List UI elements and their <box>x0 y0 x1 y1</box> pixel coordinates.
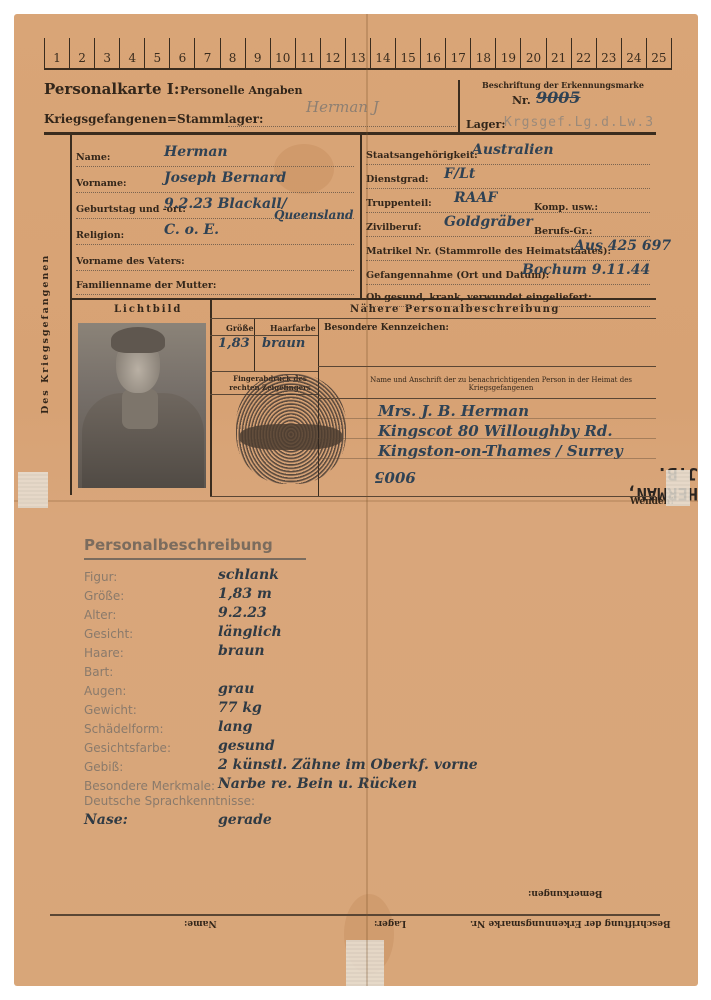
field-line <box>366 284 650 285</box>
description-value: gesund <box>218 738 275 754</box>
ruler-tick: 3 <box>94 38 119 68</box>
field-line <box>76 166 354 167</box>
ruler-tick: 6 <box>169 38 194 68</box>
description-value: länglich <box>218 624 282 640</box>
pencil-note: Herman J <box>306 98 379 116</box>
field-value-cont: Queensland <box>274 208 353 222</box>
notify-label: Name und Anschrift der zu benachrichtige… <box>366 376 636 392</box>
language-label: Deutsche Sprachkenntnisse: <box>84 794 255 808</box>
ruler-tick: 1 <box>44 38 69 68</box>
ruler-tick: 17 <box>445 38 470 68</box>
field-extra-label: Komp. usw.: <box>534 202 598 213</box>
description-value: lang <box>218 719 252 735</box>
tape-bottom <box>346 940 384 986</box>
field-value: Goldgräber <box>444 214 533 230</box>
ruler-tick: 21 <box>546 38 571 68</box>
ruler-tick: 18 <box>470 38 495 68</box>
description-label: Gesichtsfarbe: <box>84 741 171 755</box>
field-line <box>76 244 354 245</box>
field-label: Familienname der Mutter: <box>76 280 216 291</box>
nose-value: gerade <box>218 812 272 828</box>
description-label: Schädelform: <box>84 722 164 736</box>
field-value: Joseph Bernard <box>164 170 286 186</box>
field-line <box>366 306 650 307</box>
frame-left <box>70 135 72 495</box>
ruler-tick: 10 <box>270 38 295 68</box>
tag-nr-label: Nr. <box>512 94 531 107</box>
ruler-tick: 4 <box>119 38 144 68</box>
ruler-tick: 24 <box>621 38 646 68</box>
side-label: Des Kriegsgefangenen <box>40 254 51 414</box>
field-line <box>76 294 354 295</box>
field-line <box>76 192 354 193</box>
field-label: Zivilberuf: <box>366 222 421 233</box>
lager-value: Krgsgef.Lg.d.Lw.3 <box>504 115 654 130</box>
description-value: braun <box>218 643 265 659</box>
field-value: RAAF <box>454 190 497 206</box>
divider <box>210 300 212 496</box>
field-value: Bochum 9.11.44 <box>522 262 650 278</box>
field-line <box>366 188 650 189</box>
special-marks-label: Besondere Kennzeichen: <box>324 323 449 333</box>
description-label: Bart: <box>84 665 113 679</box>
field-value: Aus 425 697 <box>574 238 671 254</box>
ruler-tick: 20 <box>520 38 545 68</box>
field-label: Ob gesund, krank, verwundet eingeliefert… <box>366 292 592 303</box>
ruler-tick: 15 <box>395 38 420 68</box>
field-label: Vorname des Vaters: <box>76 256 185 267</box>
photo-header: Lichtbild <box>114 304 182 315</box>
ruler-tick: 8 <box>220 38 245 68</box>
field-extra-label: Berufs-Gr.: <box>534 226 592 237</box>
description-value: 9.2.23 <box>218 605 267 621</box>
divider <box>458 80 460 132</box>
ruler-tick: 25 <box>646 38 672 68</box>
number-ruler: 1234567891011121314151617181920212223242… <box>44 38 672 70</box>
field-label: Truppenteil: <box>366 198 432 209</box>
ruler-tick: 22 <box>571 38 596 68</box>
field-value: Australien <box>472 142 554 158</box>
number-stamp: 9005 <box>374 468 416 486</box>
description-value: schlank <box>218 567 279 583</box>
reverse-tag-label: Beschriftung der Erkennungsmarke Nr. <box>470 918 671 928</box>
ruler-tick: 23 <box>596 38 621 68</box>
size-label: Größe <box>226 323 254 333</box>
field-value: Herman <box>164 144 228 160</box>
description-label: Größe: <box>84 589 124 603</box>
description-label: Figur: <box>84 570 117 584</box>
stain <box>274 144 334 194</box>
nose-label: Nase: <box>84 812 128 828</box>
field-label: Dienstgrad: <box>366 174 429 185</box>
hair-label: Haarfarbe <box>270 323 316 333</box>
rule <box>210 371 318 372</box>
field-line <box>366 236 650 237</box>
field-label: Religion: <box>76 230 124 241</box>
field-line <box>76 270 354 271</box>
description-label: Haare: <box>84 646 124 660</box>
ruler-tick: 9 <box>245 38 270 68</box>
frame-mid <box>360 135 362 298</box>
personal-description-title: Personalbeschreibung <box>84 536 273 554</box>
field-label: Name: <box>76 152 110 163</box>
stammlager-label: Kriegsgefangenen=Stammlager: <box>44 112 263 126</box>
field-line <box>366 260 650 261</box>
tag-nr-value: 9005 <box>536 88 581 107</box>
field-label: Vorname: <box>76 178 127 189</box>
rule <box>210 318 656 319</box>
rule <box>318 418 656 419</box>
description-value: 2 künstl. Zähne im Oberkf. vorne <box>218 757 478 773</box>
card-subtitle: Personelle Angaben <box>180 84 303 97</box>
description-label: Gebiß: <box>84 760 123 774</box>
pow-personal-card: 1234567891011121314151617181920212223242… <box>14 14 698 986</box>
rule <box>50 914 660 916</box>
description-value: 77 kg <box>218 700 262 716</box>
tape-right <box>666 470 690 506</box>
remarks-label: Bemerkungen: <box>528 888 603 898</box>
ruler-tick: 2 <box>69 38 94 68</box>
title-underline <box>84 558 306 560</box>
description-label: Gewicht: <box>84 703 137 717</box>
ruler-tick: 11 <box>295 38 320 68</box>
field-value: C. o. E. <box>164 222 219 238</box>
rule <box>318 366 656 367</box>
rule <box>318 458 656 459</box>
tape-left <box>18 472 48 508</box>
description-label: Gesicht: <box>84 627 133 641</box>
description-value: 1,83 m <box>218 586 272 602</box>
description-label: Alter: <box>84 608 116 622</box>
description-value: Narbe re. Bein u. Rücken <box>218 776 417 792</box>
reverse-lager-label: Lager: <box>374 918 406 928</box>
ruler-tick: 7 <box>194 38 219 68</box>
field-line <box>366 164 650 165</box>
ruler-tick: 19 <box>495 38 520 68</box>
rule <box>254 319 255 371</box>
hair-value: braun <box>262 336 305 351</box>
field-line <box>366 212 650 213</box>
description-label: Besondere Merkmale: <box>84 779 215 793</box>
field-value: F/Lt <box>444 166 475 182</box>
ruler-tick: 5 <box>144 38 169 68</box>
field-value: 9.2.23 Blackall/ <box>164 196 287 212</box>
prisoner-photo <box>78 323 206 488</box>
ruler-tick: 13 <box>345 38 370 68</box>
rule <box>210 496 656 497</box>
section-rule <box>44 132 656 135</box>
description-value: grau <box>218 681 254 697</box>
ruler-tick: 14 <box>370 38 395 68</box>
card-title: Personalkarte I: <box>44 80 179 98</box>
lager-label: Lager: <box>466 118 505 131</box>
ruler-tick: 12 <box>320 38 345 68</box>
size-value: 1,83 <box>218 336 250 351</box>
ruler-tick: 16 <box>420 38 445 68</box>
fingerprint <box>236 374 346 484</box>
description-label: Augen: <box>84 684 126 698</box>
rule <box>318 438 656 439</box>
stammlager-line <box>228 126 456 127</box>
reverse-name-label: Name: <box>184 918 217 928</box>
rule <box>318 398 656 399</box>
field-label: Staatsangehörigkeit: <box>366 150 478 161</box>
